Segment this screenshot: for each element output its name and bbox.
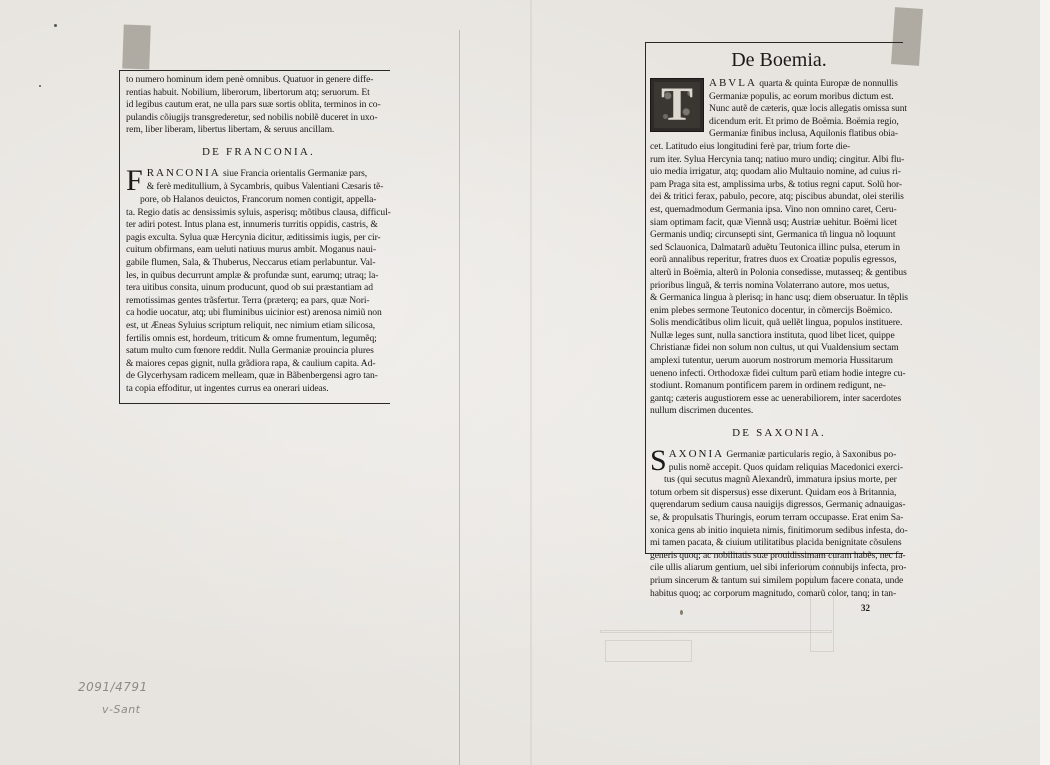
left-page-text-block: to numero hominum idem penè omnibus. Qua… [119, 70, 390, 404]
lead-word: RANCONIA [147, 167, 221, 179]
center-fold-line [459, 30, 460, 765]
text-line: dei & tritici ferax, pabulo, pecore, atq… [650, 191, 908, 204]
text-line: fertilis omnis est, hordeum, triticum & … [126, 333, 391, 346]
text-line: gantq; cæteris augustiorem esse ac uener… [650, 393, 908, 406]
text-line: satum multo cum fœnore reddit. Nulla Ger… [126, 345, 391, 358]
text-line: est, quemadmodum Germania ipsa. Vino non… [650, 204, 908, 217]
text-line: ta copia effoditur, ut ingentes currus e… [126, 383, 391, 396]
text-line: rum iter. Sylua Hercynia tanq; natiuo mu… [650, 154, 908, 167]
franconia-paragraph: F RANCONIA siue Francia orientalis Germa… [126, 167, 391, 396]
text-line: cile ullis aliarum gentium, uel sibi inf… [650, 562, 908, 575]
text-line: alterũ in Boëmia, alterũ in Polonia cons… [650, 267, 908, 280]
text-line: xonica gens ab initio inquieta nimis, fi… [650, 525, 908, 538]
text-line: ter adiri potest. Intus plana est, innum… [126, 219, 391, 232]
text-line: se, & propulsatis Thuringis, eorum terra… [650, 512, 908, 525]
text-line: ueneno infecti. Orthodoxæ fidei cultum p… [650, 368, 908, 381]
text-line: sed Sclauonica, Dalmatarũ aduẽtu Teutoni… [650, 242, 908, 255]
text-line: Nullæ leges sunt, nulla sanctiora instit… [650, 330, 908, 343]
text-line: ta. Regio datis ac densissimis syluis, a… [126, 207, 391, 220]
text-line: cet. Latitudo eius longitudini ferè par,… [650, 141, 908, 154]
text-line: id legibus cautum erat, ne ulla pars suæ… [126, 99, 391, 112]
section-heading-franconia: DE FRANCONIA. [126, 146, 391, 158]
text-line: tus (qui secutus magnũ Alexandrũ, immatu… [650, 474, 908, 487]
pencil-inventory-number: 2091/4791 [78, 680, 148, 694]
text-line: uio media irrigatur, atq; quodam alio Mu… [650, 166, 908, 179]
text-line: pulandis cõiugijs transgrederetur, sed n… [126, 112, 391, 125]
text-line: stodiunt. Romanum pontificem parem in or… [650, 380, 908, 393]
text-line: ca hodie uocatur, atq; ubi fluminibus ui… [126, 307, 391, 320]
text-line: gabile flumen, Sala, & Thuberus, Neccaru… [126, 257, 391, 270]
pencil-note: v-Sant [102, 703, 141, 716]
text-line: quarta & quinta Europæ de nonnullis [757, 78, 898, 89]
text-line: rentias habuit. Nobilium, liberorum, lib… [126, 87, 391, 100]
drop-cap-s: S [650, 448, 667, 474]
text-line: prioribus linguã, & terris nomina Volate… [650, 280, 908, 293]
page-number: 32 [650, 603, 908, 613]
text-line: cuitum obfirmans, eam ueluti natiuus mur… [126, 244, 391, 257]
drop-cap-f: F [126, 168, 143, 194]
text-line: amplexi tutentur, uerum auorum nostrorum… [650, 355, 908, 368]
text-line: eorũ annalibus reperitur, fratres duos e… [650, 254, 908, 267]
text-line: Germaniæ particularis regio, à Saxonibus… [724, 449, 896, 460]
text-line: rem, liber liberam, libertus libertam, &… [126, 124, 391, 137]
paper-speck [54, 24, 57, 27]
saxonia-paragraph: S AXONIA Germaniæ particularis regio, à … [650, 448, 908, 600]
text-line: tera uitibus consita, uinum producunt, q… [126, 282, 391, 295]
text-line: Germanis undiq; circunsepti sint, German… [650, 229, 908, 242]
text-line: Solis mendicãtibus olim licuit, quã uell… [650, 317, 908, 330]
text-line: mi tamen pacata, & ciuium utilitatibus p… [650, 537, 908, 550]
section-heading-saxonia: DE SAXONIA. [650, 427, 908, 439]
text-line: Christianæ fidei non solum non cultus, u… [650, 342, 908, 355]
ornamental-initial-t: T [650, 78, 704, 132]
paper-speck [39, 85, 41, 87]
text-line: generis quoq; ac nobilitatis suæ prouidi… [650, 550, 908, 563]
text-line: nullum discrimen ducentes. [650, 405, 908, 418]
show-through-mark [605, 640, 692, 662]
text-line: & Germanica lingua à plerisq; in hanc us… [650, 292, 908, 305]
drop-cap-t: T [651, 81, 703, 129]
text-line: les, in quibus decurrunt amplæ & profund… [126, 270, 391, 283]
lead-word: AXONIA [669, 448, 724, 460]
scan-background-edge [1040, 0, 1050, 765]
text-line: remotissimas gentes trãsfertur. Terra (p… [126, 295, 391, 308]
lead-word: ABVLA [709, 77, 757, 89]
text-line: pulis nomẽ accepit. Quos quidam reliquia… [650, 462, 908, 475]
text-line: quęrendarum sedium causa nauigijs digres… [650, 499, 908, 512]
paper-crease [530, 0, 532, 765]
text-line: totum orbem sit dispersus) esse dixerunt… [650, 487, 908, 500]
text-line: pore, ob Halanos deuictos, Francorum nom… [126, 194, 391, 207]
text-line: siue Francia orientalis Germaniæ pars, [221, 168, 367, 179]
text-line: enim plebes sermone Teutonico docentur, … [650, 305, 908, 318]
right-page-text-block: De Boemia. T ABVLA quarta & quinta Europ… [645, 42, 903, 554]
text-line: & ferè meditullium, à Sycambris, quibus … [126, 181, 391, 194]
text-line: de Glycerhysam radicem melleam, quæ in B… [126, 370, 391, 383]
text-line: to numero hominum idem penè omnibus. Qua… [126, 74, 391, 87]
boemia-paragraph: T ABVLA quarta & quinta Europæ de nonnul… [650, 77, 908, 418]
text-line: siam optimam facit, quæ Viennã usq; Aust… [650, 217, 908, 230]
text-line: habitus quoq; ac corporum magnitudo, com… [650, 588, 908, 601]
show-through-mark [600, 630, 832, 633]
left-page-opening-paragraph: to numero hominum idem penè omnibus. Qua… [126, 74, 391, 137]
page-title: De Boemia. [650, 49, 908, 71]
text-line: est, ut Æneas Syluius scriptum reliquit,… [126, 320, 391, 333]
text-line: prium sincerum & tantum sui similem popu… [650, 575, 908, 588]
text-line: pagis exculta. Sylua quæ Hercynia dicitu… [126, 232, 391, 245]
text-line: & maiores cepas gignit, nulla grãdiora r… [126, 358, 391, 371]
paper-sheet: to numero hominum idem penè omnibus. Qua… [0, 0, 1040, 765]
text-line: pam Praga sita est, amplissima urbs, & t… [650, 179, 908, 192]
tape-strip-left [122, 25, 151, 70]
